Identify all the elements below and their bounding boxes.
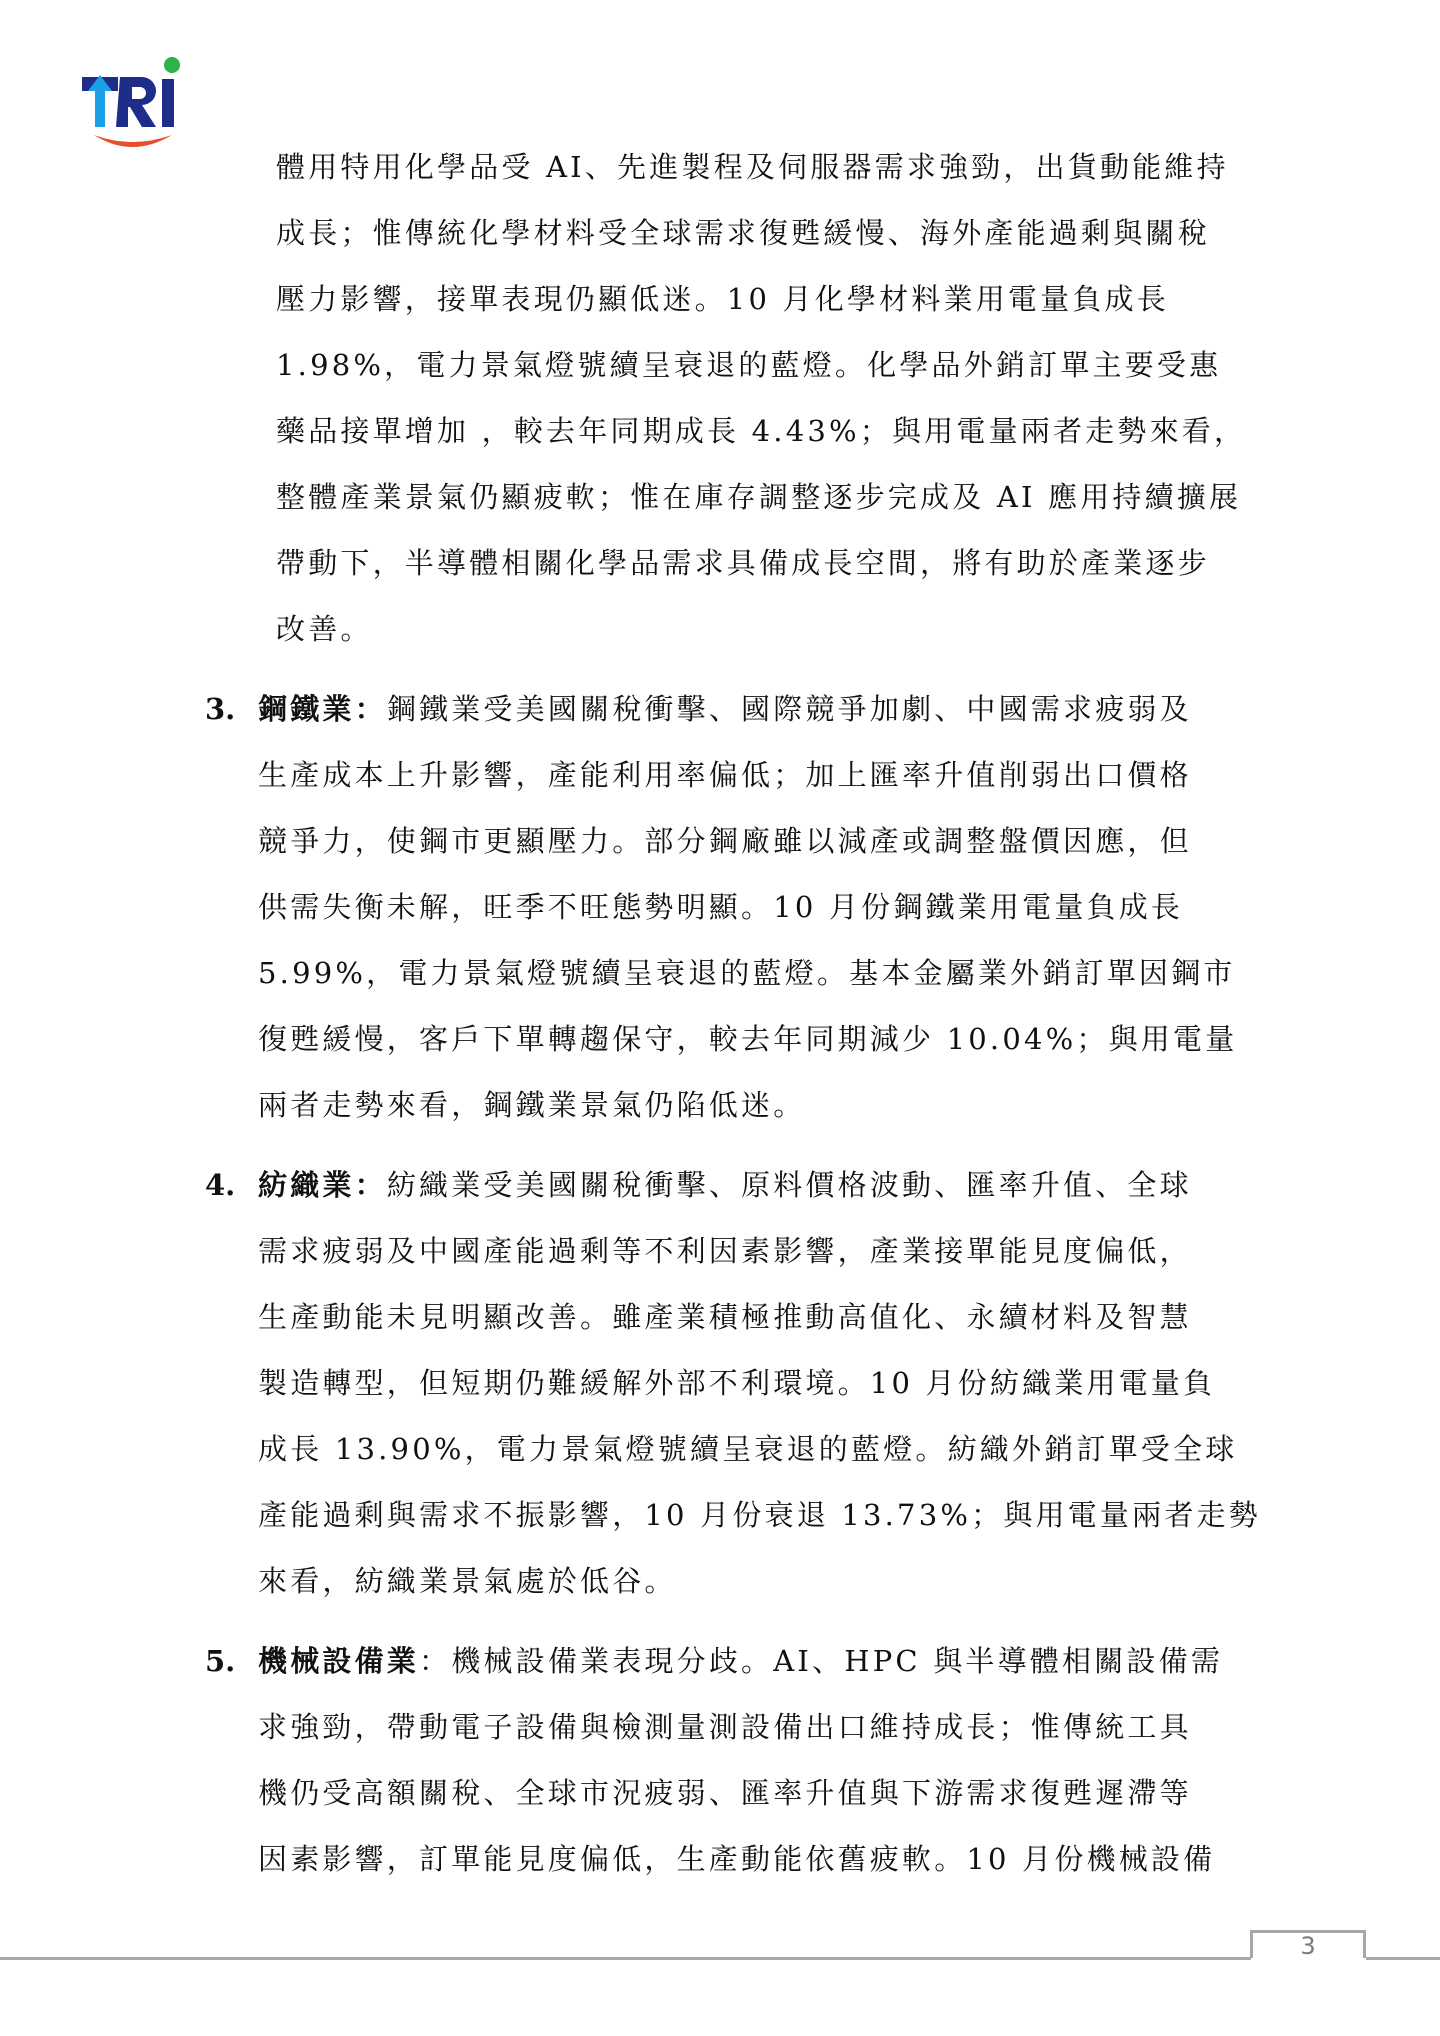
list-term: 鋼鐵業： (258, 692, 387, 726)
list-number: 5. (205, 1641, 258, 1681)
list-item-line: 生產成本上升影響，產能利用率偏低；加上匯率升值削弱出口價格 (258, 755, 1192, 795)
footer-divider (1366, 1957, 1440, 1960)
list-item-line: 求強勁，帶動電子設備與檢測量測設備出口維持成長；惟傳統工具 (258, 1707, 1192, 1747)
paragraph-line: 1.98%，電力景氣燈號續呈衰退的藍燈。化學品外銷訂單主要受惠 (276, 345, 1221, 385)
list-number: 3. (205, 689, 258, 729)
paragraph-line: 壓力影響，接單表現仍顯低迷。10 月化學材料業用電量負成長 (276, 279, 1169, 319)
list-item-line: 供需失衡未解，旺季不旺態勢明顯。10 月份鋼鐵業用電量負成長 (258, 887, 1183, 927)
list-item-line: 復甦緩慢，客戶下單轉趨保守，較去年同期減少 10.04%；與用電量 (258, 1019, 1237, 1059)
paragraph-line: 帶動下，半導體相關化學品需求具備成長空間，將有助於產業逐步 (276, 543, 1210, 583)
paragraph-line: 改善。 (276, 609, 373, 649)
paragraph-line: 整體產業景氣仍顯疲軟；惟在庫存調整逐步完成及 AI 應用持續擴展 (276, 477, 1241, 517)
list-number: 4. (205, 1165, 258, 1205)
list-text: 紡織業受美國關稅衝擊、原料價格波動、匯率升值、全球 (387, 1168, 1192, 1202)
list-text: 鋼鐵業受美國關稅衝擊、國際競爭加劇、中國需求疲弱及 (387, 692, 1192, 726)
logo-dot (164, 57, 180, 73)
list-item-line: 競爭力，使鋼市更顯壓力。部分鋼廠雖以減產或調整盤價因應，但 (258, 821, 1192, 861)
list-item-line: 兩者走勢來看，鋼鐵業景氣仍陷低迷。 (258, 1085, 805, 1125)
list-item-line: 製造轉型，但短期仍難緩解外部不利環境。10 月份紡織業用電量負 (258, 1363, 1215, 1403)
footer-divider (0, 1957, 1251, 1960)
list-item-line: 成長 13.90%，電力景氣燈號續呈衰退的藍燈。紡織外銷訂單受全球 (258, 1429, 1237, 1469)
list-item-line: 5.99%，電力景氣燈號續呈衰退的藍燈。基本金屬業外銷訂單因鋼市 (258, 953, 1236, 993)
list-term: 機械設備業 (258, 1644, 419, 1678)
paragraph-line: 藥品接單增加 ，較去年同期成長 4.43%；與用電量兩者走勢來看， (276, 411, 1246, 451)
paragraph-line: 體用特用化學品受 AI、先進製程及伺服器需求強勁，出貨動能維持 (276, 147, 1229, 187)
list-item-steel: 3.鋼鐵業：鋼鐵業受美國關稅衝擊、國際競爭加劇、中國需求疲弱及 (205, 689, 1192, 729)
paragraph-line: 成長；惟傳統化學材料受全球需求復甦緩慢、海外產能過剩與關稅 (276, 213, 1210, 253)
list-item-textile: 4.紡織業：紡織業受美國關稅衝擊、原料價格波動、匯率升值、全球 (205, 1165, 1192, 1205)
list-item-line: 來看，紡織業景氣處於低谷。 (258, 1561, 677, 1601)
list-item-line: 因素影響，訂單能見度偏低，生產動能依舊疲軟。10 月份機械設備 (258, 1839, 1215, 1879)
list-item-machinery: 5.機械設備業：機械設備業表現分歧。AI、HPC 與半導體相關設備需 (205, 1641, 1223, 1681)
list-item-line: 產能過剩與需求不振影響，10 月份衰退 13.73%；與用電量兩者走勢 (258, 1495, 1261, 1535)
list-item-line: 生產動能未見明顯改善。雖產業積極推動高值化、永續材料及智慧 (258, 1297, 1192, 1337)
list-text: ：機械設備業表現分歧。AI、HPC 與半導體相關設備需 (419, 1644, 1223, 1678)
list-term: 紡織業： (258, 1168, 387, 1202)
list-item-line: 機仍受高額關稅、全球市況疲弱、匯率升值與下游需求復甦遲滯等 (258, 1773, 1192, 1813)
list-item-line: 需求疲弱及中國產能過剩等不利因素影響，產業接單能見度偏低， (258, 1231, 1192, 1271)
tri-logo (80, 55, 185, 155)
page-number: 3 (1250, 1932, 1366, 1960)
